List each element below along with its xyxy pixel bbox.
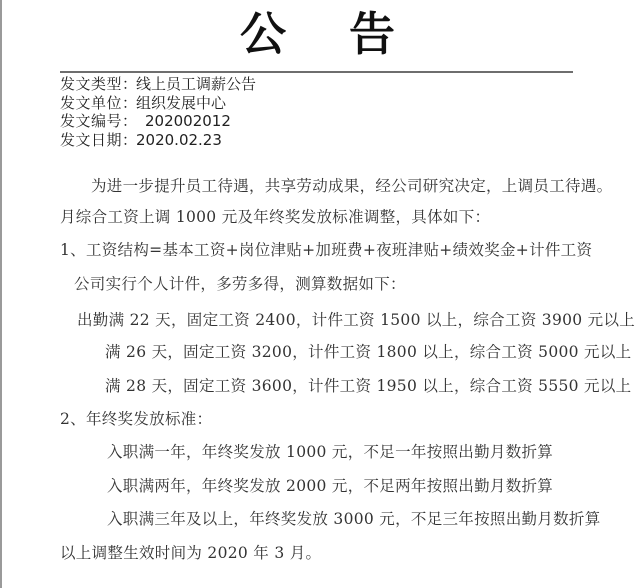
bonus-row-1-year: 入职满一年，年终奖发放 1000 元，不足一年按照出勤月数折算 [107, 442, 553, 462]
salary-row-26-days: 满 26 天，固定工资 3200，计件工资 1800 以上，综合工资 5000 … [105, 342, 631, 362]
meta-label: 发文编号： [60, 112, 136, 131]
meta-type: 发文类型：线上员工调薪公告 [60, 75, 256, 94]
section-1-note: 公司实行个人计件，多劳多得，测算数据如下： [74, 274, 406, 294]
meta-date: 发文日期：2020.02.23 [60, 131, 256, 150]
meta-value: 线上员工调薪公告 [136, 75, 256, 93]
meta-issuer: 发文单位：组织发展中心 [60, 94, 256, 113]
document-title: 公 告 [0, 6, 640, 62]
header-divider [60, 71, 573, 73]
meta-label: 发文类型： [60, 75, 136, 94]
section-2-heading: 2、年终奖发放标准： [60, 409, 212, 429]
meta-label: 发文单位： [60, 94, 136, 113]
meta-number: 发文编号：202002012 [60, 112, 256, 131]
meta-value: 2020.02.23 [136, 131, 222, 149]
effective-date-note: 以上调整生效时间为 2020 年 3 月。 [60, 543, 321, 563]
intro-paragraph-line-1: 为进一步提升员工待遇，共享劳动成果，经公司研究决定，上调员工待遇。 [91, 176, 612, 196]
document-meta: 发文类型：线上员工调薪公告 发文单位：组织发展中心 发文编号：202002012… [60, 75, 256, 149]
meta-value: 组织发展中心 [136, 94, 226, 112]
salary-row-28-days: 满 28 天，固定工资 3600，计件工资 1950 以上，综合工资 5550 … [105, 376, 631, 396]
bonus-row-2-years: 入职满两年，年终奖发放 2000 元，不足两年按照出勤月数折算 [107, 476, 553, 496]
title-char-1: 公 [240, 6, 286, 62]
section-1-heading: 1、工资结构=基本工资+岗位津贴+加班费+夜班津贴+绩效奖金+计件工资 [60, 240, 592, 260]
page-left-border [0, 0, 2, 588]
salary-row-22-days: 出勤满 22 天，固定工资 2400，计件工资 1500 以上，综合工资 390… [77, 310, 635, 330]
meta-value: 202002012 [136, 112, 231, 130]
title-char-2: 告 [349, 6, 395, 62]
bonus-row-3-years: 入职满三年及以上，年终奖发放 3000 元，不足三年按照出勤月数折算 [107, 509, 601, 529]
meta-label: 发文日期： [60, 131, 136, 150]
intro-paragraph-line-2: 月综合工资上调 1000 元及年终奖发放标准调整，具体如下： [60, 207, 490, 227]
